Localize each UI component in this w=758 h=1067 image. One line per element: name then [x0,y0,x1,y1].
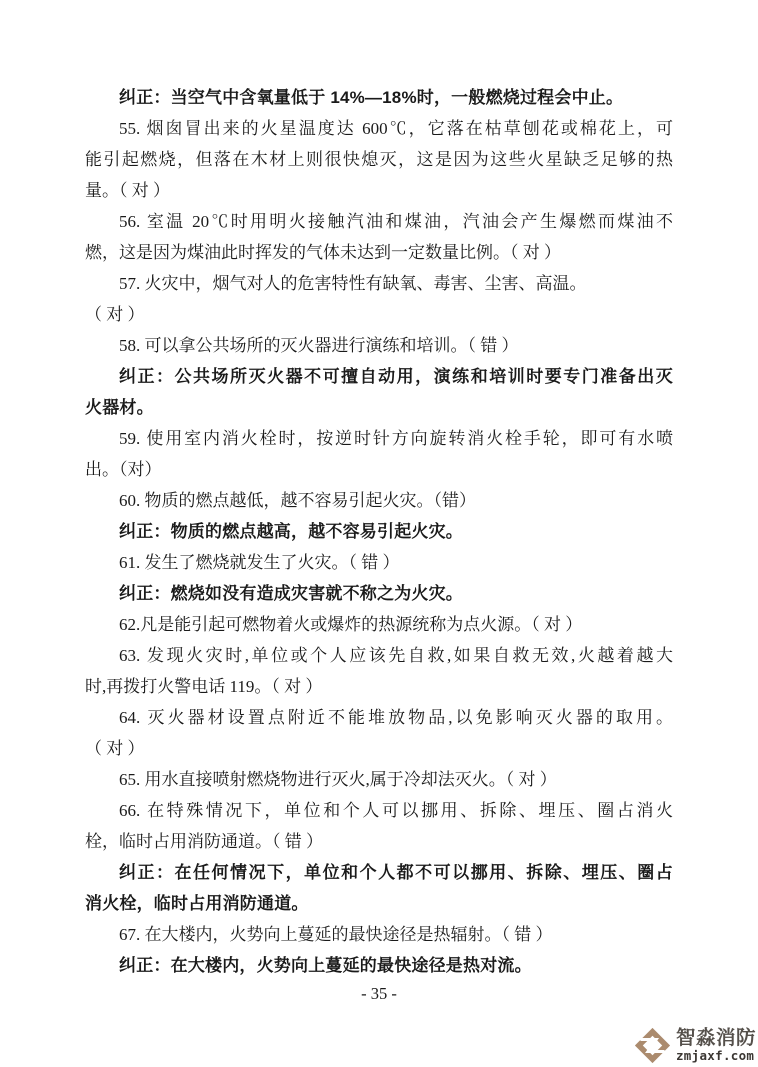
document-line: 66. 在特殊情况下，单位和个人可以挪用、拆除、埋压、圈占消火 [85,795,673,826]
document-line: 59. 使用室内消火栓时，按逆时针方向旋转消火栓手轮，即可有水喷 [85,423,673,454]
document-line: 67. 在大楼内，火势向上蔓延的最快途径是热辐射。（ 错 ） [85,919,673,950]
document-line: 58. 可以拿公共场所的灭火器进行演练和培训。（ 错 ） [85,330,673,361]
document-page: 纠正：当空气中含氧量低于 14%—18%时，一般燃烧过程会中止。55. 烟囱冒出… [0,0,758,1067]
document-line: 57. 火灾中，烟气对人的危害特性有缺氧、毒害、尘害、高温。 [85,268,673,299]
document-line: 64. 灭火器材设置点附近不能堆放物品,以免影响灭火器的取用。 [85,702,673,733]
document-line: 纠正：在大楼内，火势向上蔓延的最快途径是热对流。 [85,950,673,981]
document-line: 63. 发现火灾时,单位或个人应该先自救,如果自救无效,火越着越大 [85,640,673,671]
document-line: 65. 用水直接喷射燃烧物进行灭火,属于冷却法灭火。（ 对 ） [85,764,673,795]
document-line: 纠正：燃烧如没有造成灾害就不称之为火灾。 [85,578,673,609]
document-line: 61. 发生了燃烧就发生了火灾。（ 错 ） [85,547,673,578]
document-line: 60. 物质的燃点越低，越不容易引起火灾。（错） [85,485,673,516]
document-line: （ 对 ） [85,299,673,330]
document-line: 消火栓，临时占用消防通道。 [85,888,673,919]
document-line: 62.凡是能引起可燃物着火或爆炸的热源统称为点火源。（ 对 ） [85,609,673,640]
document-line: 纠正：在任何情况下，单位和个人都不可以挪用、拆除、埋压、圈占 [85,857,673,888]
brand-domain: zmjaxf.com [676,1050,756,1063]
document-line: 纠正：物质的燃点越高，越不容易引起火灾。 [85,516,673,547]
diamond-z-logo-icon [634,1027,671,1064]
brand-text-block: 智淼消防 zmjaxf.com [676,1029,756,1063]
document-line: 56. 室温 20℃时用明火接触汽油和煤油，汽油会产生爆燃而煤油不 [85,206,673,237]
document-line: 时,再拨打火警电话 119。（ 对 ） [85,671,673,702]
page-number: - 35 - [0,982,758,1006]
document-body: 纠正：当空气中含氧量低于 14%—18%时，一般燃烧过程会中止。55. 烟囱冒出… [85,82,673,981]
document-line: 纠正：当空气中含氧量低于 14%—18%时，一般燃烧过程会中止。 [85,82,673,113]
document-line: 量。（ 对 ） [85,175,673,206]
brand-name: 智淼消防 [676,1029,756,1049]
brand-watermark: 智淼消防 zmjaxf.com [634,1027,756,1064]
document-line: 纠正：公共场所灭火器不可擅自动用，演练和培训时要专门准备出灭 [85,361,673,392]
document-line: 能引起燃烧，但落在木材上则很快熄灭，这是因为这些火星缺乏足够的热 [85,144,673,175]
document-line: 55. 烟囱冒出来的火星温度达 600℃，它落在枯草刨花或棉花上，可 [85,113,673,144]
document-line: （ 对 ） [85,733,673,764]
document-line: 火器材。 [85,392,673,423]
document-line: 栓，临时占用消防通道。（ 错 ） [85,826,673,857]
document-line: 燃，这是因为煤油此时挥发的气体未达到一定数量比例。（ 对 ） [85,237,673,268]
document-line: 出。（对） [85,454,673,485]
